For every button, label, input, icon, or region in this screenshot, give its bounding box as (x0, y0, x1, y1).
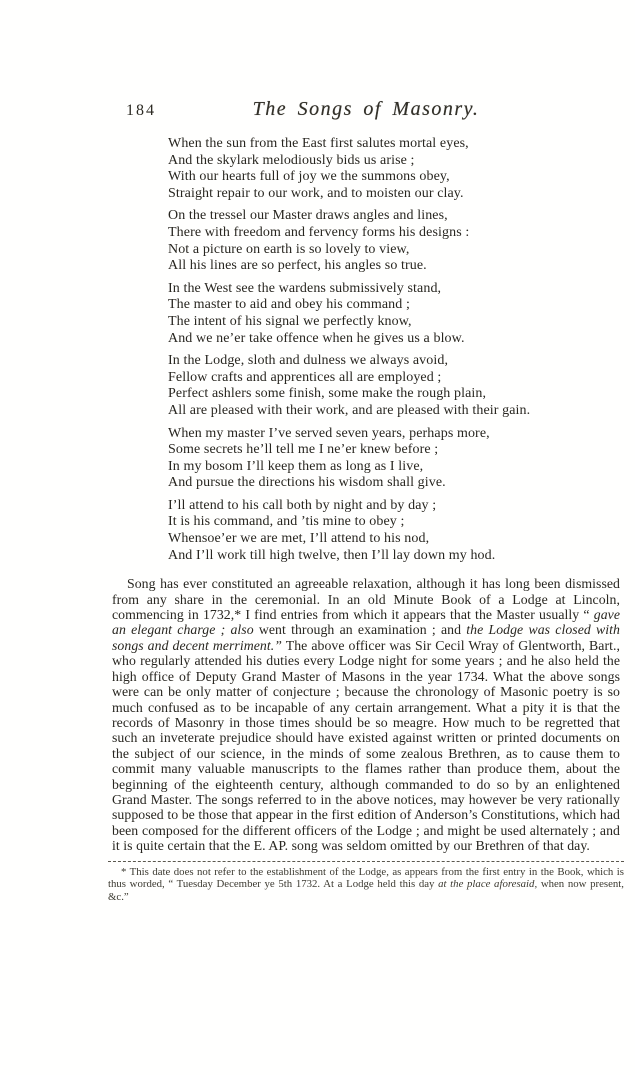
page-content: 184 The Songs of Masonry. When the sun f… (112, 98, 620, 903)
poem-stanza: I’ll attend to his call both by night an… (168, 498, 620, 564)
footnote-rule (108, 861, 624, 862)
footnote-text: * This date does not refer to the establ… (108, 866, 624, 904)
poem-line: And pursue the directions his wisdom sha… (168, 475, 620, 492)
poem-line: Straight repair to our work, and to mois… (168, 186, 620, 203)
poem-line: In my bosom I’ll keep them as long as I … (168, 459, 620, 476)
poem-line: On the tressel our Master draws angles a… (168, 208, 620, 225)
poem-line: It is his command, and ’tis mine to obey… (168, 514, 620, 531)
italic-text-run: at the place aforesaid, (438, 878, 537, 890)
poem-line: The master to aid and obey his command ; (168, 297, 620, 314)
poem-line: I’ll attend to his call both by night an… (168, 498, 620, 515)
poem-line: In the Lodge, sloth and dulness we alway… (168, 353, 620, 370)
poem-line: Not a picture on earth is so lovely to v… (168, 242, 620, 259)
text-run: Song has ever constituted an agreeable r… (112, 576, 620, 622)
poem-line: Some secrets he’ll tell me I ne’er knew … (168, 442, 620, 459)
poem-line: Perfect ashlers some finish, some make t… (168, 386, 620, 403)
text-run: The above officer was Sir Cecil Wray of … (112, 638, 620, 853)
page-number: 184 (126, 102, 156, 120)
poem-line: When my master I’ve served seven years, … (168, 426, 620, 443)
poem-line: The intent of his signal we perfectly kn… (168, 314, 620, 331)
poem-line: And I’ll work till high twelve, then I’l… (168, 548, 620, 565)
poem-line: And we ne’er take offence when he gives … (168, 331, 620, 348)
text-run: went through an examination ; and (254, 622, 467, 637)
poem-line: With our hearts full of joy we the summo… (168, 169, 620, 186)
poem-line: And the skylark melodiously bids us aris… (168, 153, 620, 170)
poem-stanza: When the sun from the East first salutes… (168, 136, 620, 202)
poem-line: All are pleased with their work, and are… (168, 403, 620, 420)
poem-stanza: On the tressel our Master draws angles a… (168, 208, 620, 274)
page-title: The Songs of Masonry. (112, 98, 620, 121)
poem-line: In the West see the wardens submissively… (168, 281, 620, 298)
poem-line: Fellow crafts and apprentices all are em… (168, 370, 620, 387)
poem-line: Whensoe’er we are met, I’ll attend to hi… (168, 531, 620, 548)
poem-line: When the sun from the East first salutes… (168, 136, 620, 153)
poem-line: All his lines are so perfect, his angles… (168, 258, 620, 275)
body-paragraph: Song has ever constituted an agreeable r… (112, 576, 620, 853)
poem-stanza: In the Lodge, sloth and dulness we alway… (168, 353, 620, 419)
poem: When the sun from the East first salutes… (168, 136, 620, 564)
poem-stanza: In the West see the wardens submissively… (168, 281, 620, 347)
running-header: 184 The Songs of Masonry. (112, 98, 620, 126)
document-page: 184 The Songs of Masonry. When the sun f… (0, 0, 635, 1075)
poem-line: There with freedom and fervency forms hi… (168, 225, 620, 242)
poem-stanza: When my master I’ve served seven years, … (168, 426, 620, 492)
footnote: * This date does not refer to the establ… (112, 861, 620, 904)
